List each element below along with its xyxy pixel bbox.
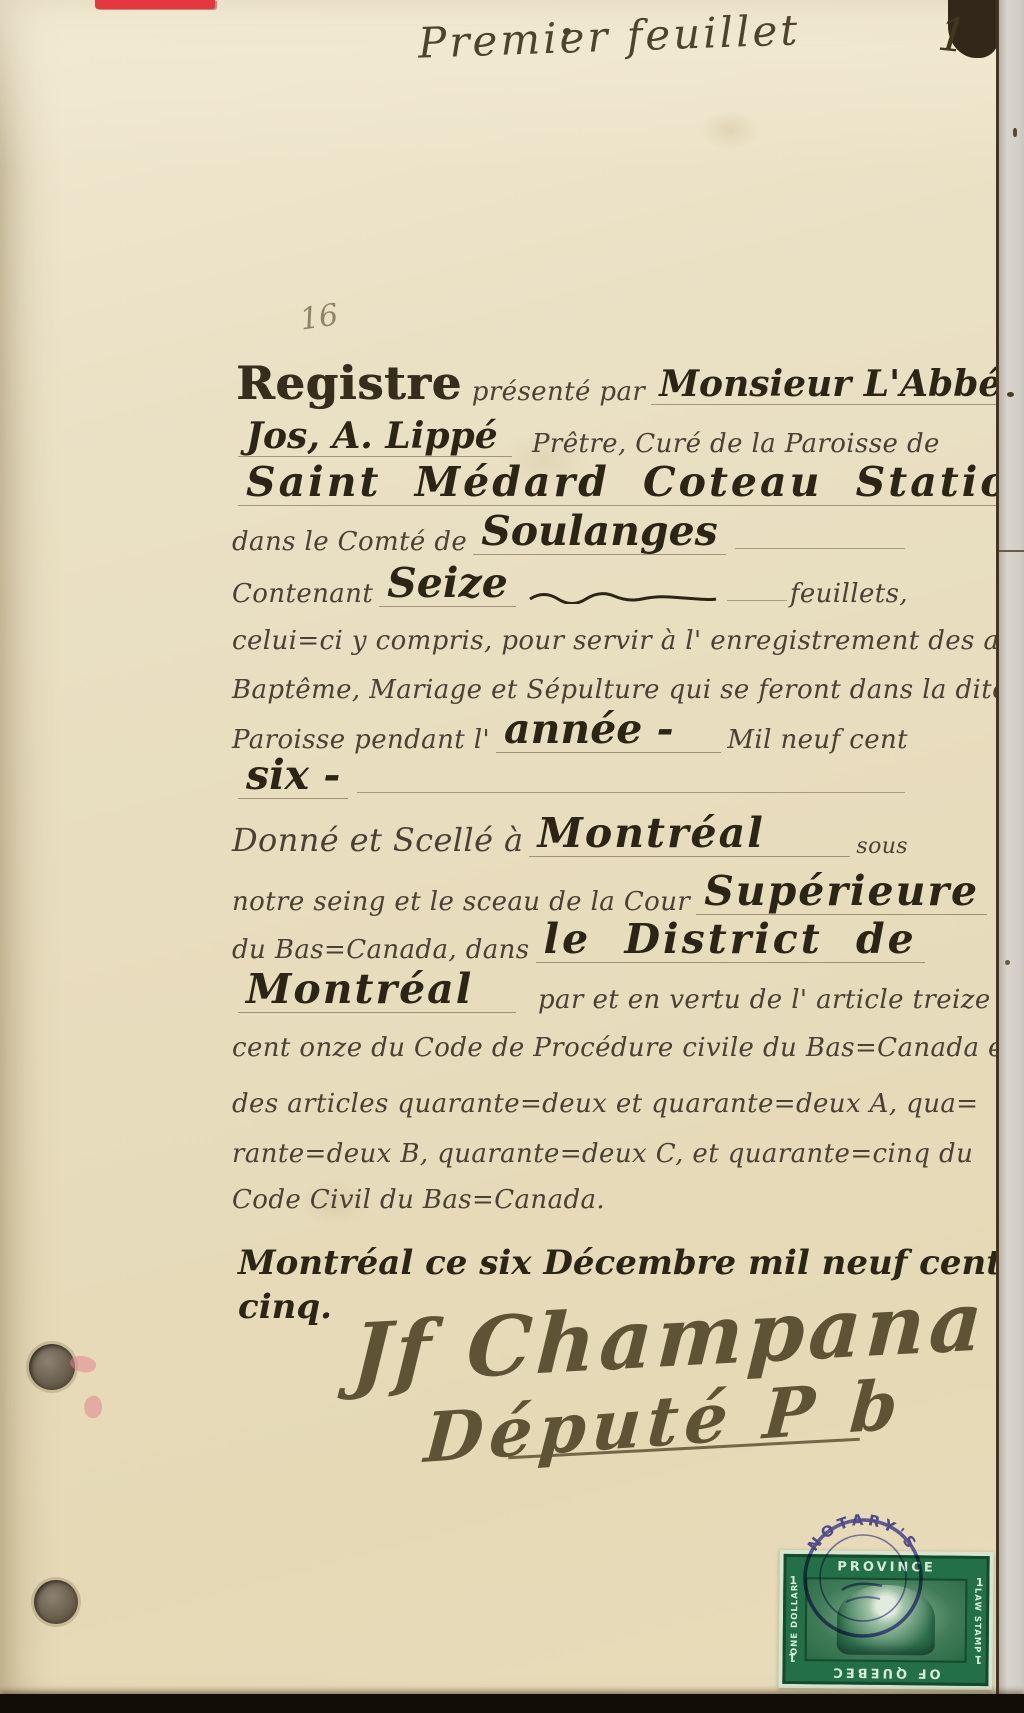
binding-speckle: [1007, 392, 1014, 397]
parish-name-value: Saint Médard Coteau Station: [238, 462, 1024, 506]
annee-value: année -: [496, 709, 721, 753]
ink-squiggle-icon: [528, 590, 718, 604]
binding-speckle: [1013, 128, 1017, 137]
register-page-scan: Premier feuillet 1 16 Registre présenté …: [0, 0, 1024, 1713]
form-line-registre: Registre présenté par Monsieur L'Abbé: [232, 352, 908, 410]
stamp-corner-numeral: 1: [975, 1653, 983, 1666]
blank-rule: [727, 600, 787, 601]
date-value-2: cinq.: [238, 1290, 332, 1324]
bapteme-text: Baptême, Mariage et Sépulture qui se fer…: [232, 675, 1008, 705]
presented-to-value: Monsieur L'Abbé: [651, 366, 1009, 405]
stamp-bottom-text: OF QUEBEC: [785, 1662, 985, 1683]
form-line-bapteme: Baptême, Mariage et Sépulture qui se fer…: [232, 660, 908, 708]
form-line-county: dans le Comté de Soulanges: [232, 510, 908, 560]
district-city-value: Montréal: [238, 969, 516, 1013]
punch-hole: [29, 1344, 75, 1390]
donne-scelle-label: Donné et Scellé à: [232, 821, 523, 859]
page-number: 1: [935, 7, 970, 64]
book-bottom-edge: [0, 1694, 1024, 1713]
binding-speckle: [1005, 960, 1010, 965]
notary-seal-icon: NOTARY'S: [790, 1498, 936, 1644]
form-line-articles-a: des articles quarante=deux et quarante=d…: [232, 1076, 908, 1122]
form-line-donne: Donné et Scellé à Montréal sous: [232, 800, 908, 862]
red-smudge: [82, 1394, 104, 1419]
blank-rule: [357, 792, 905, 793]
form-line-district-city: Montréal par et en vertu de l' article t…: [232, 962, 908, 1018]
punch-hole: [34, 1580, 78, 1624]
paper-stain: [700, 110, 760, 150]
date-value-1: Montréal ce six Décembre mil neuf cent: [238, 1246, 1002, 1280]
blank-rule: [735, 548, 905, 549]
vertu-label: par et en vertu de l' article treize: [538, 985, 991, 1015]
form-line-year: six -: [232, 756, 908, 804]
date-line-1: Montréal ce six Décembre mil neuf cent: [232, 1230, 908, 1280]
stamp-corner-numeral: 1: [976, 1576, 984, 1589]
pencil-note: 16: [298, 298, 341, 338]
form-line-contenant: Contenant Seize feuillets,: [232, 558, 908, 612]
contenant-label: Contenant: [232, 579, 373, 609]
registre-title: Registre: [236, 356, 462, 410]
form-line-code-civil: Code Civil du Bas=Canada.: [232, 1172, 908, 1218]
mil-neuf-cent-label: Mil neuf cent: [727, 725, 908, 755]
priest-name-value: Jos, A. Lippé: [238, 418, 512, 457]
court-value: Supérieure: [696, 871, 987, 915]
binding-crack: [999, 550, 1024, 552]
stamp-right-text: LAW STAMP: [968, 1578, 987, 1664]
svg-text:NOTARY'S: NOTARY'S: [804, 1511, 922, 1555]
articles-b-text: rante=deux B, quarante=deux C, et quaran…: [232, 1139, 973, 1169]
stamp-corner-numeral: 1: [789, 1651, 797, 1664]
form-line-parish: Saint Médard Coteau Station: [232, 455, 908, 511]
sous-label: sous: [856, 834, 908, 859]
year-value: six -: [238, 755, 348, 799]
sheet-count-value: Seize: [379, 563, 516, 607]
city-value: Montréal: [529, 813, 850, 857]
district-value: le District de: [536, 919, 925, 963]
presente-par-label: présenté par: [472, 377, 645, 407]
bas-canada-label: du Bas=Canada, dans: [232, 935, 530, 965]
celui-ci-text: celui=ci y compris, pour servir à l' enr…: [232, 626, 1024, 656]
code-civil-text: Code Civil du Bas=Canada.: [232, 1185, 605, 1215]
articles-a-text: des articles quarante=deux et quarante=d…: [232, 1089, 978, 1119]
notary-arc-text: NOTARY'S: [804, 1511, 922, 1555]
county-value: Soulanges: [473, 511, 726, 555]
next-page-binding-strip: [996, 0, 1024, 1713]
form-line-celui-ci: celui=ci y compris, pour servir à l' enr…: [232, 615, 908, 659]
form-line-articles-b: rante=deux B, quarante=deux C, et quaran…: [232, 1126, 908, 1172]
county-label: dans le Comté de: [232, 527, 467, 557]
feuillets-label: feuillets,: [790, 579, 908, 609]
red-binding-edge: [95, 0, 215, 9]
cent-onze-text: cent onze du Code de Procédure civile du…: [232, 1033, 1015, 1063]
form-line-cent-onze: cent onze du Code de Procédure civile du…: [232, 1020, 908, 1066]
form-line-district: du Bas=Canada, dans le District de: [232, 912, 908, 968]
